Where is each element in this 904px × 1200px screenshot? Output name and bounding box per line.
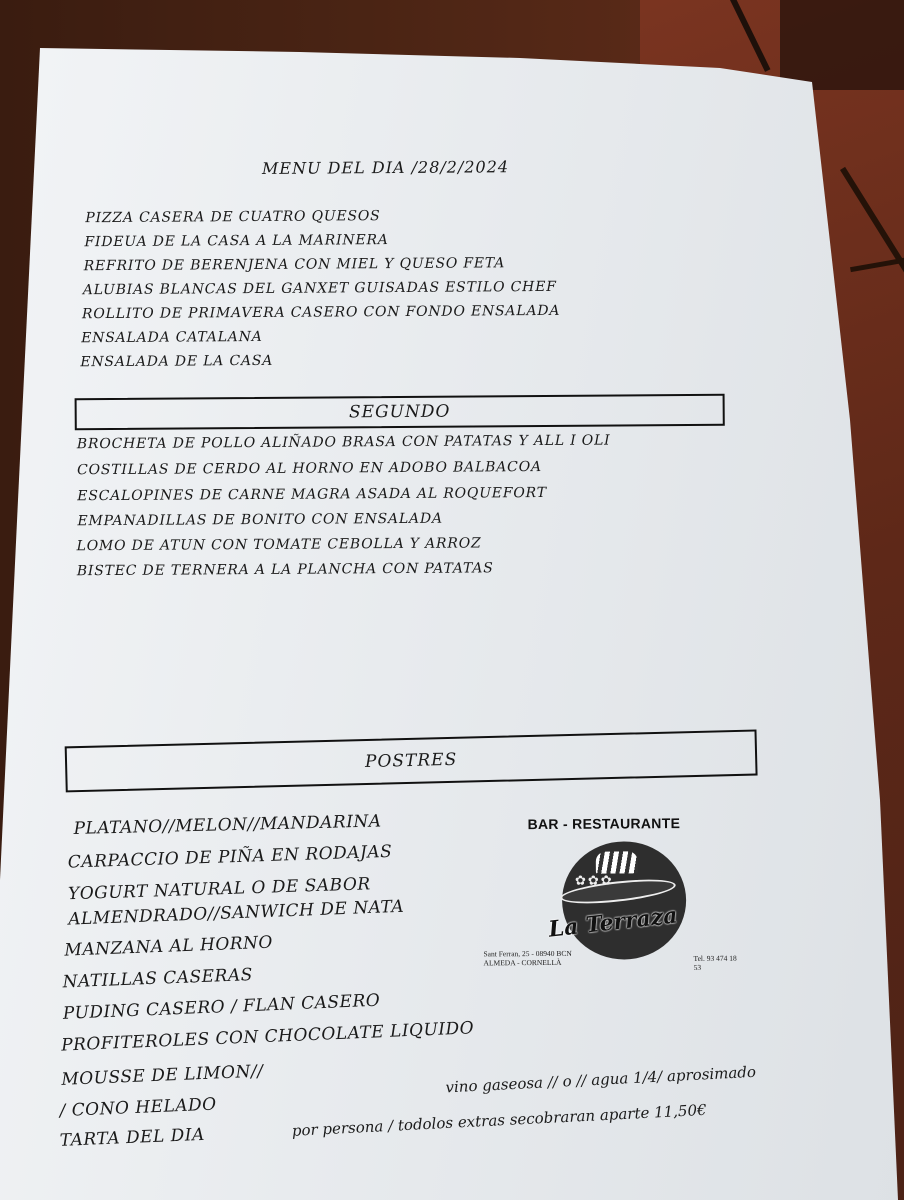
postre-item: PUDING CASERO / FLAN CASERO: [63, 991, 381, 1024]
restaurant-phone: Tel. 93 474 18 53: [693, 954, 740, 972]
drinks-note: vino gaseosa // o // agua 1/4/ aprosimad…: [445, 1063, 756, 1097]
postre-item: MOUSSE DE LIMON//: [61, 1061, 264, 1089]
segundo-item: COSTILLAS DE CERDO AL HORNO EN ADOBO BAL…: [77, 459, 542, 478]
restaurant-logo-block: BAR - RESTAURANTE ✿✿✿ La Terraza Sant Fe…: [479, 813, 740, 965]
menu-document: MENU DEL DIA /28/2/2024 PIZZA CASERA DE …: [0, 0, 904, 1200]
plants-icon: ✿✿✿: [575, 874, 614, 889]
primero-item: ALUBIAS BLANCAS DEL GANXET GUISADAS ESTI…: [83, 279, 557, 298]
address-line-2: ALMEDA - CORNELLÀ: [484, 958, 572, 968]
price-note: por persona / todolos extras secobraran …: [291, 1101, 707, 1140]
postre-item: PROFITEROLES CON CHOCOLATE LIQUIDO: [61, 1018, 475, 1055]
menu-title: MENU DEL DIA /28/2/2024: [262, 157, 509, 178]
primero-item: ENSALADA CATALANA: [81, 329, 263, 346]
postre-item: CARPACCIO DE PIÑA EN RODAJAS: [68, 842, 393, 873]
awning-icon: [596, 851, 638, 873]
postre-item: MANZANA AL HORNO: [64, 933, 273, 961]
primero-item: FIDEUA DE LA CASA A LA MARINERA: [84, 232, 388, 250]
primero-item: ROLLITO DE PRIMAVERA CASERO CON FONDO EN…: [82, 303, 560, 322]
segundo-item: ESCALOPINES DE CARNE MAGRA ASADA AL ROQU…: [77, 485, 547, 504]
segundo-header-label: SEGUNDO: [349, 402, 451, 423]
segundo-item: EMPANADILLAS DE BONITO CON ENSALADA: [77, 511, 443, 530]
restaurant-address: Sant Ferran, 25 - 08940 BCN ALMEDA - COR…: [483, 949, 571, 968]
postre-item: / CONO HELADO: [59, 1095, 217, 1122]
primero-item: PIZZA CASERA DE CUATRO QUESOS: [85, 208, 380, 226]
segundo-item: BISTEC DE TERNERA A LA PLANCHA CON PATAT…: [77, 560, 494, 579]
restaurant-heading: BAR - RESTAURANTE: [528, 815, 681, 832]
postre-item: PLATANO//MELON//MANDARINA: [73, 811, 381, 839]
segundo-item: LOMO DE ATUN CON TOMATE CEBOLLA Y ARROZ: [77, 535, 482, 554]
segundo-header: SEGUNDO: [75, 394, 725, 431]
postre-item: NATILLAS CASERAS: [62, 965, 253, 992]
postres-header: POSTRES: [65, 729, 758, 792]
primero-item: ENSALADA DE LA CASA: [80, 353, 273, 370]
postres-header-label: POSTRES: [365, 750, 458, 772]
primero-item: REFRITO DE BERENJENA CON MIEL Y QUESO FE…: [84, 255, 506, 274]
postre-item: TARTA DEL DIA: [59, 1125, 205, 1151]
segundo-item: BROCHETA DE POLLO ALIÑADO BRASA CON PATA…: [77, 433, 611, 453]
